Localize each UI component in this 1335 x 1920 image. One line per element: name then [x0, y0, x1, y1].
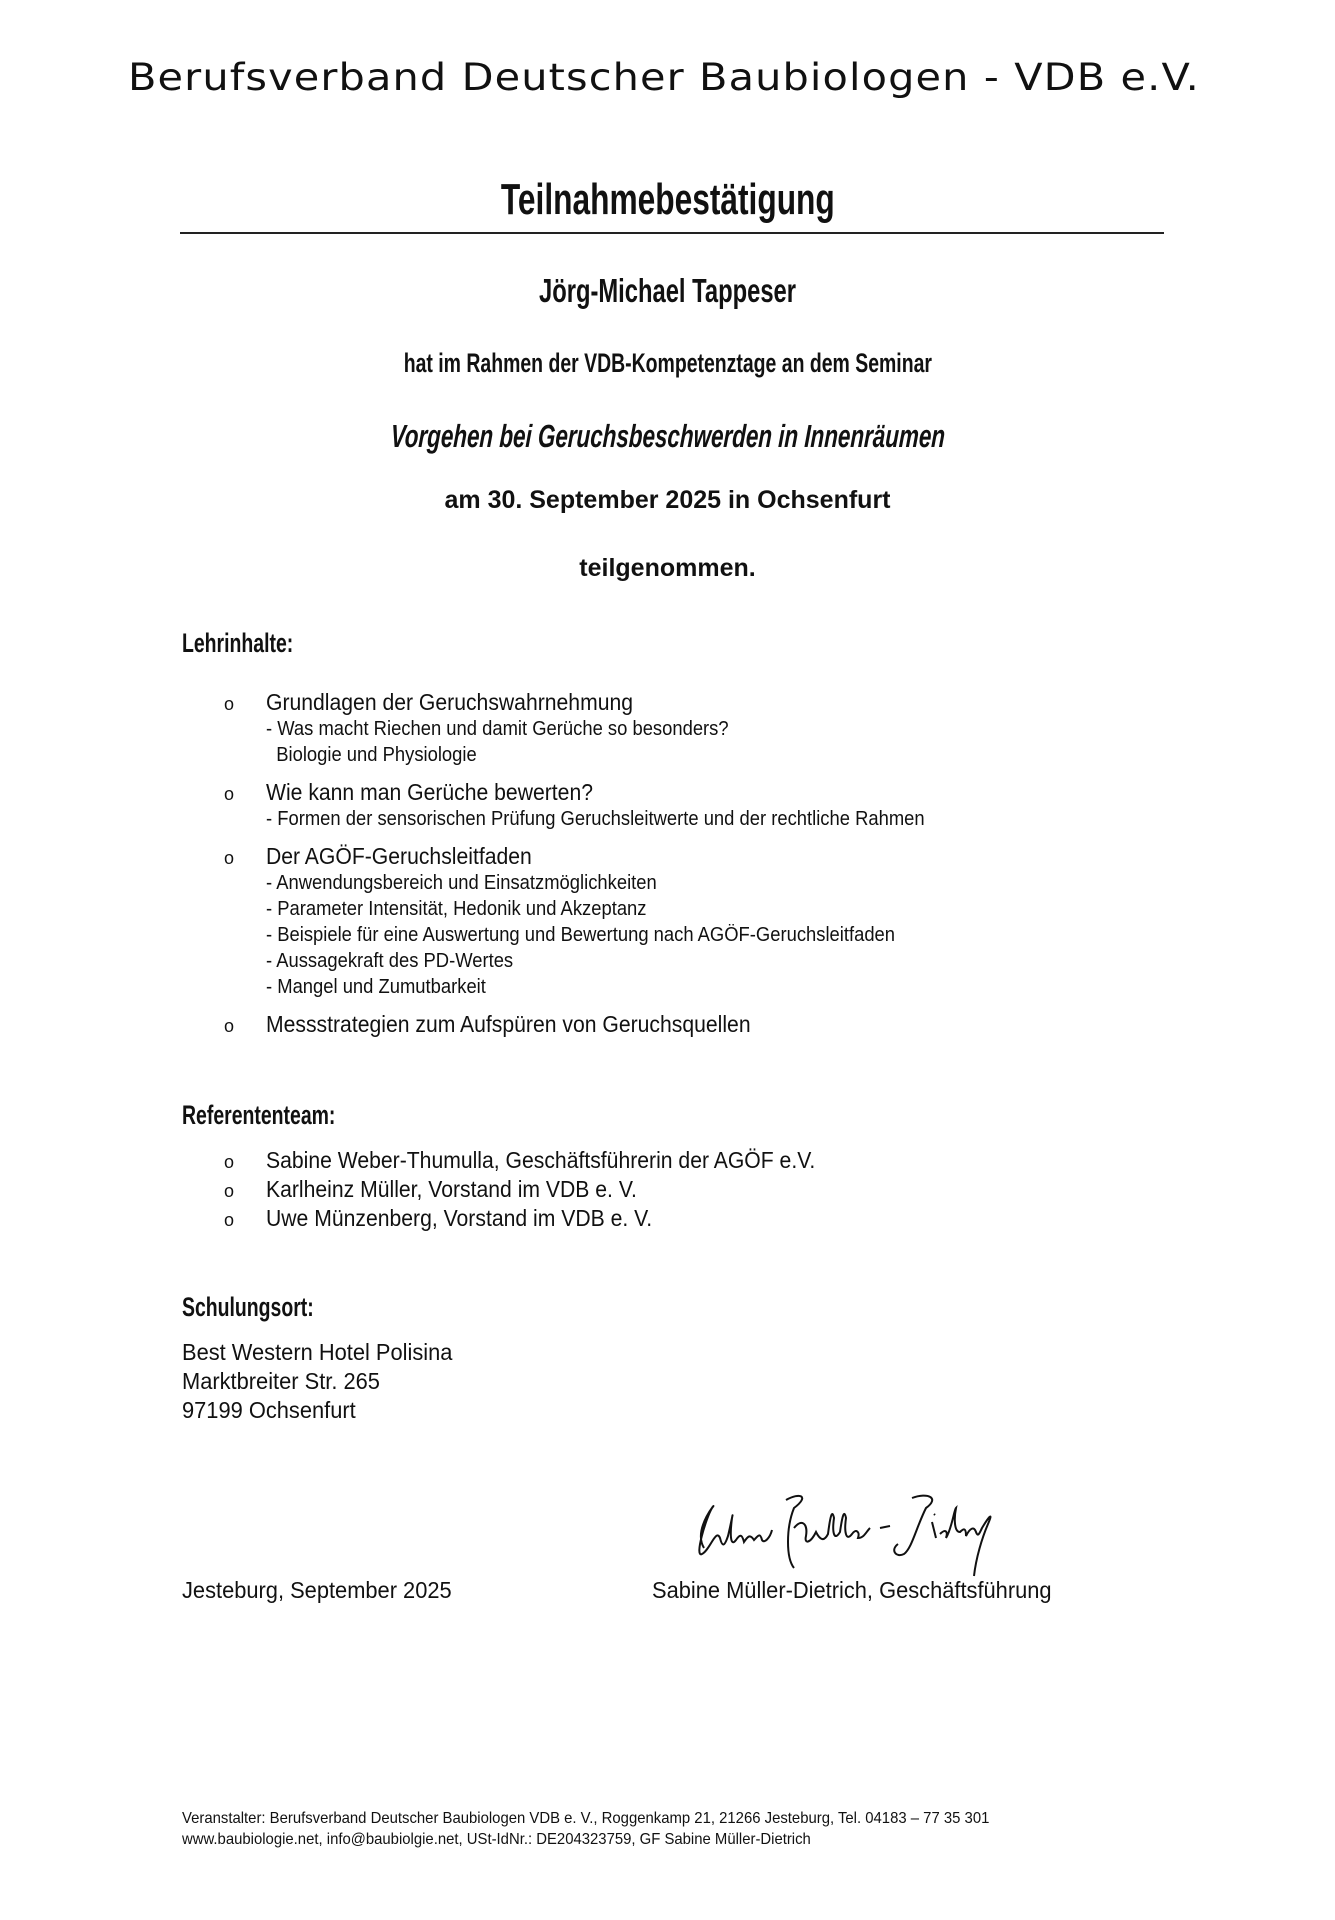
- content-item-detail: - Beispiele für eine Auswertung und Bewe…: [266, 922, 1109, 948]
- content-item-detail: - Parameter Intensität, Hedonik und Akze…: [266, 896, 1109, 922]
- content-item: oWie kann man Gerüche bewerten?- Formen …: [182, 778, 1182, 832]
- venue-heading: Schulungsort:: [182, 1292, 365, 1323]
- document-title: Teilnahmebestätigung: [0, 175, 1335, 225]
- venue-address: Best Western Hotel Polisina Marktbreiter…: [182, 1338, 467, 1425]
- bullet-circle-icon: o: [224, 1210, 234, 1231]
- speaker-name: Sabine Weber-Thumulla, Geschäftsführerin…: [266, 1146, 815, 1175]
- bullet-circle-icon: o: [224, 1181, 234, 1202]
- signer-name: Sabine Müller-Dietrich, Geschäftsführung: [652, 1577, 1052, 1604]
- content-item-detail: - Was macht Riechen und damit Gerüche so…: [266, 716, 1109, 742]
- content-item-detail: - Formen der sensorischen Prüfung Geruch…: [266, 806, 1109, 832]
- content-item-detail: - Anwendungsbereich und Einsatzmöglichke…: [266, 870, 1109, 896]
- bullet-circle-icon: o: [224, 1016, 234, 1037]
- content-list: oGrundlagen der Geruchswahrnehmung- Was …: [182, 688, 1182, 1048]
- content-heading: Lehrinhalte:: [182, 628, 337, 659]
- place-date: Jesteburg, September 2025: [182, 1577, 452, 1604]
- speaker-item: oSabine Weber-Thumulla, Geschäftsführeri…: [182, 1146, 1182, 1175]
- content-item-detail: Biologie und Physiologie: [266, 742, 1109, 768]
- bullet-circle-icon: o: [224, 1152, 234, 1173]
- speakers-heading: Referententeam:: [182, 1100, 395, 1131]
- speakers-list: oSabine Weber-Thumulla, Geschäftsführeri…: [182, 1146, 1182, 1233]
- speaker-name: Uwe Münzenberg, Vorstand im VDB e. V.: [266, 1204, 652, 1233]
- participant-name: Jörg-Michael Tappeser: [0, 272, 1335, 310]
- seminar-title: Vorgehen bei Geruchsbeschwerden in Innen…: [0, 418, 1335, 455]
- content-item: oDer AGÖF-Geruchsleitfaden- Anwendungsbe…: [182, 842, 1182, 1000]
- footer-line-contact: www.baubiologie.net, info@baubiolgie.net…: [182, 1829, 989, 1850]
- speaker-item: oKarlheinz Müller, Vorstand im VDB e. V.: [182, 1175, 1182, 1204]
- speaker-item: oUwe Münzenberg, Vorstand im VDB e. V.: [182, 1204, 1182, 1233]
- venue-line: Best Western Hotel Polisina: [182, 1338, 452, 1367]
- venue-line: Marktbreiter Str. 265: [182, 1367, 452, 1396]
- content-item-title: Messstrategien zum Aufspüren von Geruchs…: [266, 1010, 751, 1038]
- organization-header: Berufsverband Deutscher Baubiologen - VD…: [128, 56, 1335, 99]
- title-divider: [180, 232, 1164, 234]
- content-item-title: Wie kann man Gerüche bewerten?: [266, 778, 593, 806]
- bullet-circle-icon: o: [224, 694, 234, 715]
- footer-line-organizer: Veranstalter: Berufsverband Deutscher Ba…: [182, 1808, 989, 1829]
- venue-line: 97199 Ochsenfurt: [182, 1396, 452, 1425]
- content-item-detail: - Mangel und Zumutbarkeit: [266, 974, 1109, 1000]
- handwritten-signature: [690, 1488, 1030, 1583]
- speaker-name: Karlheinz Müller, Vorstand im VDB e. V.: [266, 1175, 637, 1204]
- content-item-title: Der AGÖF-Geruchsleitfaden: [266, 842, 532, 870]
- participated-text: teilgenommen.: [0, 554, 1335, 583]
- date-location: am 30. September 2025 in Ochsenfurt: [0, 486, 1335, 515]
- bullet-circle-icon: o: [224, 784, 234, 805]
- content-item: oMessstrategien zum Aufspüren von Geruch…: [182, 1010, 1182, 1038]
- intro-text: hat im Rahmen der VDB-Kompetenztage an d…: [0, 348, 1335, 379]
- footer: Veranstalter: Berufsverband Deutscher Ba…: [182, 1808, 1050, 1850]
- content-item: oGrundlagen der Geruchswahrnehmung- Was …: [182, 688, 1182, 768]
- content-item-title: Grundlagen der Geruchswahrnehmung: [266, 688, 633, 716]
- content-item-detail: - Aussagekraft des PD-Wertes: [266, 948, 1109, 974]
- bullet-circle-icon: o: [224, 848, 234, 869]
